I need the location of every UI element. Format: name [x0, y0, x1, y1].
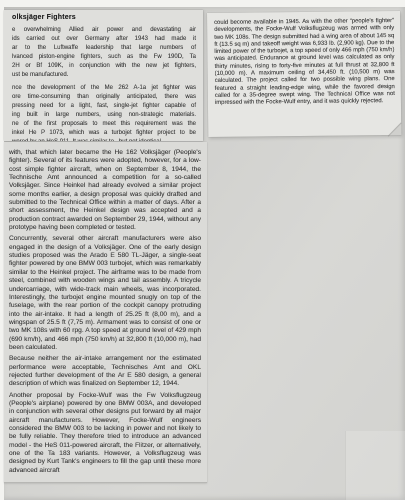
- clipping-text-line: 2H or Bf 109K, in conjunction with the n…: [12, 62, 196, 71]
- body-paragraph: Concurrently, several other aircraft man…: [9, 235, 201, 352]
- body-paragraph: Another proposal by Focke-Wulf was the F…: [9, 392, 201, 475]
- clipping-text-line: ore time-consuming than originally antic…: [12, 93, 196, 102]
- clipping-text-line: inkel He P 1073, which was a turbojet fi…: [12, 129, 196, 138]
- right-clipping: could become available in 1945. As with …: [207, 11, 401, 137]
- clipping-text-line: ids carried out over Germany after 1943 …: [12, 35, 196, 44]
- clipping-text-line: ing built in large numbers, using non-st…: [12, 111, 196, 120]
- right-clipping-text: could become available in 1945. As with …: [214, 18, 395, 107]
- clipping-text-line: nce the development of the Me 262 A-1a j…: [12, 84, 196, 93]
- left-clipping: olksjäger Fighters e overwhelming Allied…: [4, 10, 203, 141]
- page-background: olksjäger Fighters e overwhelming Allied…: [4, 7, 405, 500]
- clipping-text-line: ne of the first proposals to meet this r…: [12, 120, 196, 129]
- clipping-text-line: ust be manufactured.: [12, 71, 196, 80]
- blank-paste-patch: [345, 431, 405, 500]
- body-paragraph: with, that which later became the He 162…: [9, 149, 201, 232]
- clipping-paragraph-1: e overwhelming Allied air power and deva…: [12, 26, 196, 80]
- clipping-text-line: ar to the Luftwaffe leadership that larg…: [12, 44, 196, 53]
- clipping-paragraph-2: nce the development of the Me 262 A-1a j…: [12, 84, 196, 141]
- scanned-page: olksjäger Fighters e overwhelming Allied…: [0, 0, 405, 500]
- clipping-text-line: e overwhelming Allied air power and deva…: [12, 26, 196, 35]
- clipping-text-line: lvanced piston-engine fighters, such as …: [12, 53, 196, 62]
- clipping-text-line: pressing need for a light, fast, single-…: [12, 102, 196, 111]
- section-heading: olksjäger Fighters: [12, 14, 196, 21]
- clipping-text-line: wered by an HeS 011. It was similar to ,…: [12, 138, 196, 141]
- left-column-galley: with, that which later became the He 162…: [4, 142, 207, 483]
- body-paragraph: Because neither the air-intake arrangeme…: [9, 355, 201, 388]
